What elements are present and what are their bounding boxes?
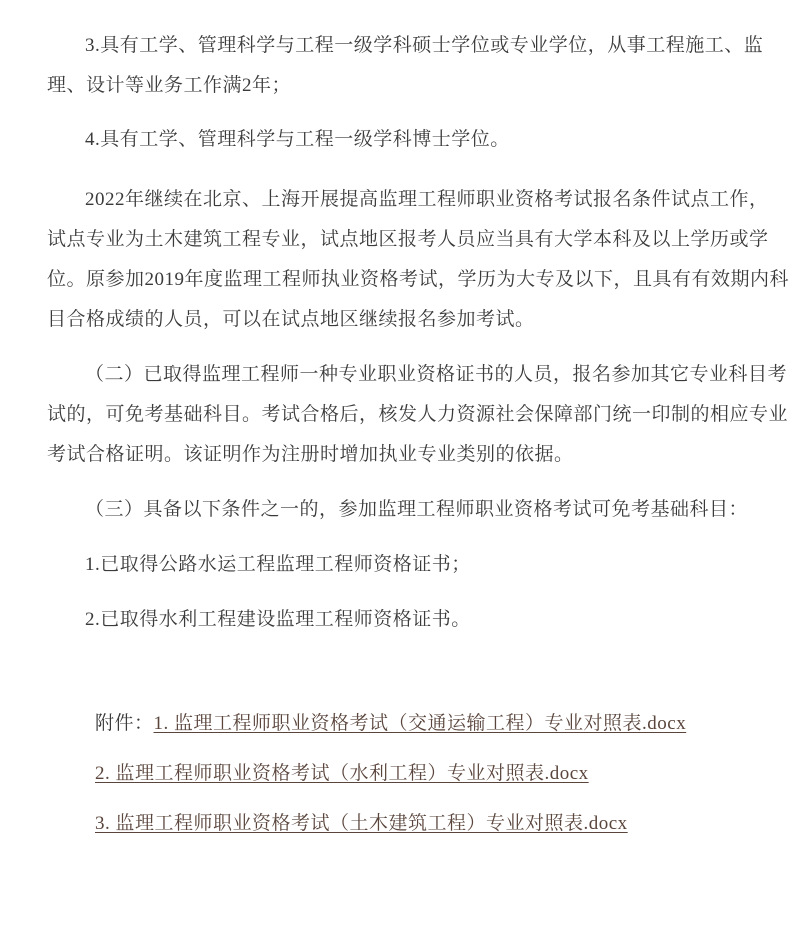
paragraph-section-2: （二）已取得监理工程师一种专业职业资格证书的人员，报名参加其它专业科目考 试的，… [47,355,760,475]
body-line: 2.已取得水利工程建设监理工程师资格证书。 [47,600,760,640]
attachment-row-1: 附件：1. 监理工程师职业资格考试（交通运输工程）专业对照表.docx [47,704,760,744]
body-line: （三）具备以下条件之一的，参加监理工程师职业资格考试可免考基础科目： [47,490,760,530]
paragraph-item-3: 3.具有工学、管理科学与工程一级学科硕士学位或专业学位，从事工程施工、监 理、设… [47,26,760,106]
body-line: 试的，可免考基础科目。考试合格后，核发人力资源社会保障部门统一印制的相应专业 [47,395,760,435]
paragraph-item-4: 4.具有工学、管理科学与工程一级学科博士学位。 [47,120,760,160]
attachment-link-water[interactable]: 2. 监理工程师职业资格考试（水利工程）专业对照表.docx [95,763,589,784]
body-line: 目合格成绩的人员，可以在试点地区继续报名参加考试。 [47,300,760,340]
body-line: 理、设计等业务工作满2年； [47,66,760,106]
body-line: 考试合格证明。该证明作为注册时增加执业专业类别的依据。 [47,435,760,475]
attachment-link-civil[interactable]: 3. 监理工程师职业资格考试（土木建筑工程）专业对照表.docx [95,813,628,834]
paragraph-exempt-item-1: 1.已取得公路水运工程监理工程师资格证书； [47,545,760,585]
attachment-row-2: 2. 监理工程师职业资格考试（水利工程）专业对照表.docx [47,754,760,794]
body-line: 4.具有工学、管理科学与工程一级学科博士学位。 [47,120,760,160]
attachments-label: 附件： [95,713,154,734]
paragraph-section-3: （三）具备以下条件之一的，参加监理工程师职业资格考试可免考基础科目： [47,490,760,530]
attachment-link-transport[interactable]: 1. 监理工程师职业资格考试（交通运输工程）专业对照表.docx [154,713,687,734]
attachments-section: 附件：1. 监理工程师职业资格考试（交通运输工程）专业对照表.docx 2. 监… [47,704,760,844]
body-line: （二）已取得监理工程师一种专业职业资格证书的人员，报名参加其它专业科目考 [47,355,760,395]
body-line: 2022年继续在北京、上海开展提高监理工程师职业资格考试报名条件试点工作， [47,180,760,220]
attachment-row-3: 3. 监理工程师职业资格考试（土木建筑工程）专业对照表.docx [47,804,760,844]
body-line: 位。原参加2019年度监理工程师执业资格考试，学历为大专及以下，且具有有效期内科 [47,260,760,300]
body-line: 试点专业为土木建筑工程专业，试点地区报考人员应当具有大学本科及以上学历或学 [47,220,760,260]
document-body: 3.具有工学、管理科学与工程一级学科硕士学位或专业学位，从事工程施工、监 理、设… [0,26,800,844]
paragraph-pilot-program: 2022年继续在北京、上海开展提高监理工程师职业资格考试报名条件试点工作， 试点… [47,180,760,340]
body-line: 1.已取得公路水运工程监理工程师资格证书； [47,545,760,585]
body-line: 3.具有工学、管理科学与工程一级学科硕士学位或专业学位，从事工程施工、监 [47,26,760,66]
paragraph-exempt-item-2: 2.已取得水利工程建设监理工程师资格证书。 [47,600,760,640]
